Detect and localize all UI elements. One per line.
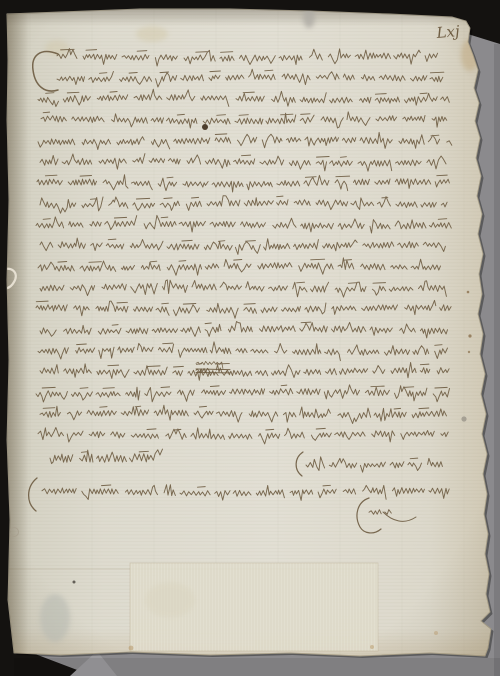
stain-dot	[468, 351, 470, 353]
stain-dot	[468, 334, 471, 337]
stain-dot	[202, 124, 208, 130]
folio-number: Lxj	[435, 22, 461, 42]
stain-smudge	[145, 582, 195, 618]
paper-texture-layer	[0, 0, 500, 676]
board-bottom-shade	[14, 658, 500, 676]
stain-smudge	[40, 594, 70, 642]
stain-dot	[129, 646, 134, 651]
stain-dot	[461, 416, 466, 421]
stain-dot	[434, 631, 438, 635]
stain-dot	[467, 291, 470, 294]
stain-smudge	[136, 26, 168, 42]
board-edge-shade	[494, 44, 500, 676]
manuscript-photo: Lxj	[0, 0, 500, 676]
stain-dot	[370, 645, 374, 649]
archive-photo: Lxj	[0, 0, 500, 676]
stain-dot	[73, 581, 76, 584]
